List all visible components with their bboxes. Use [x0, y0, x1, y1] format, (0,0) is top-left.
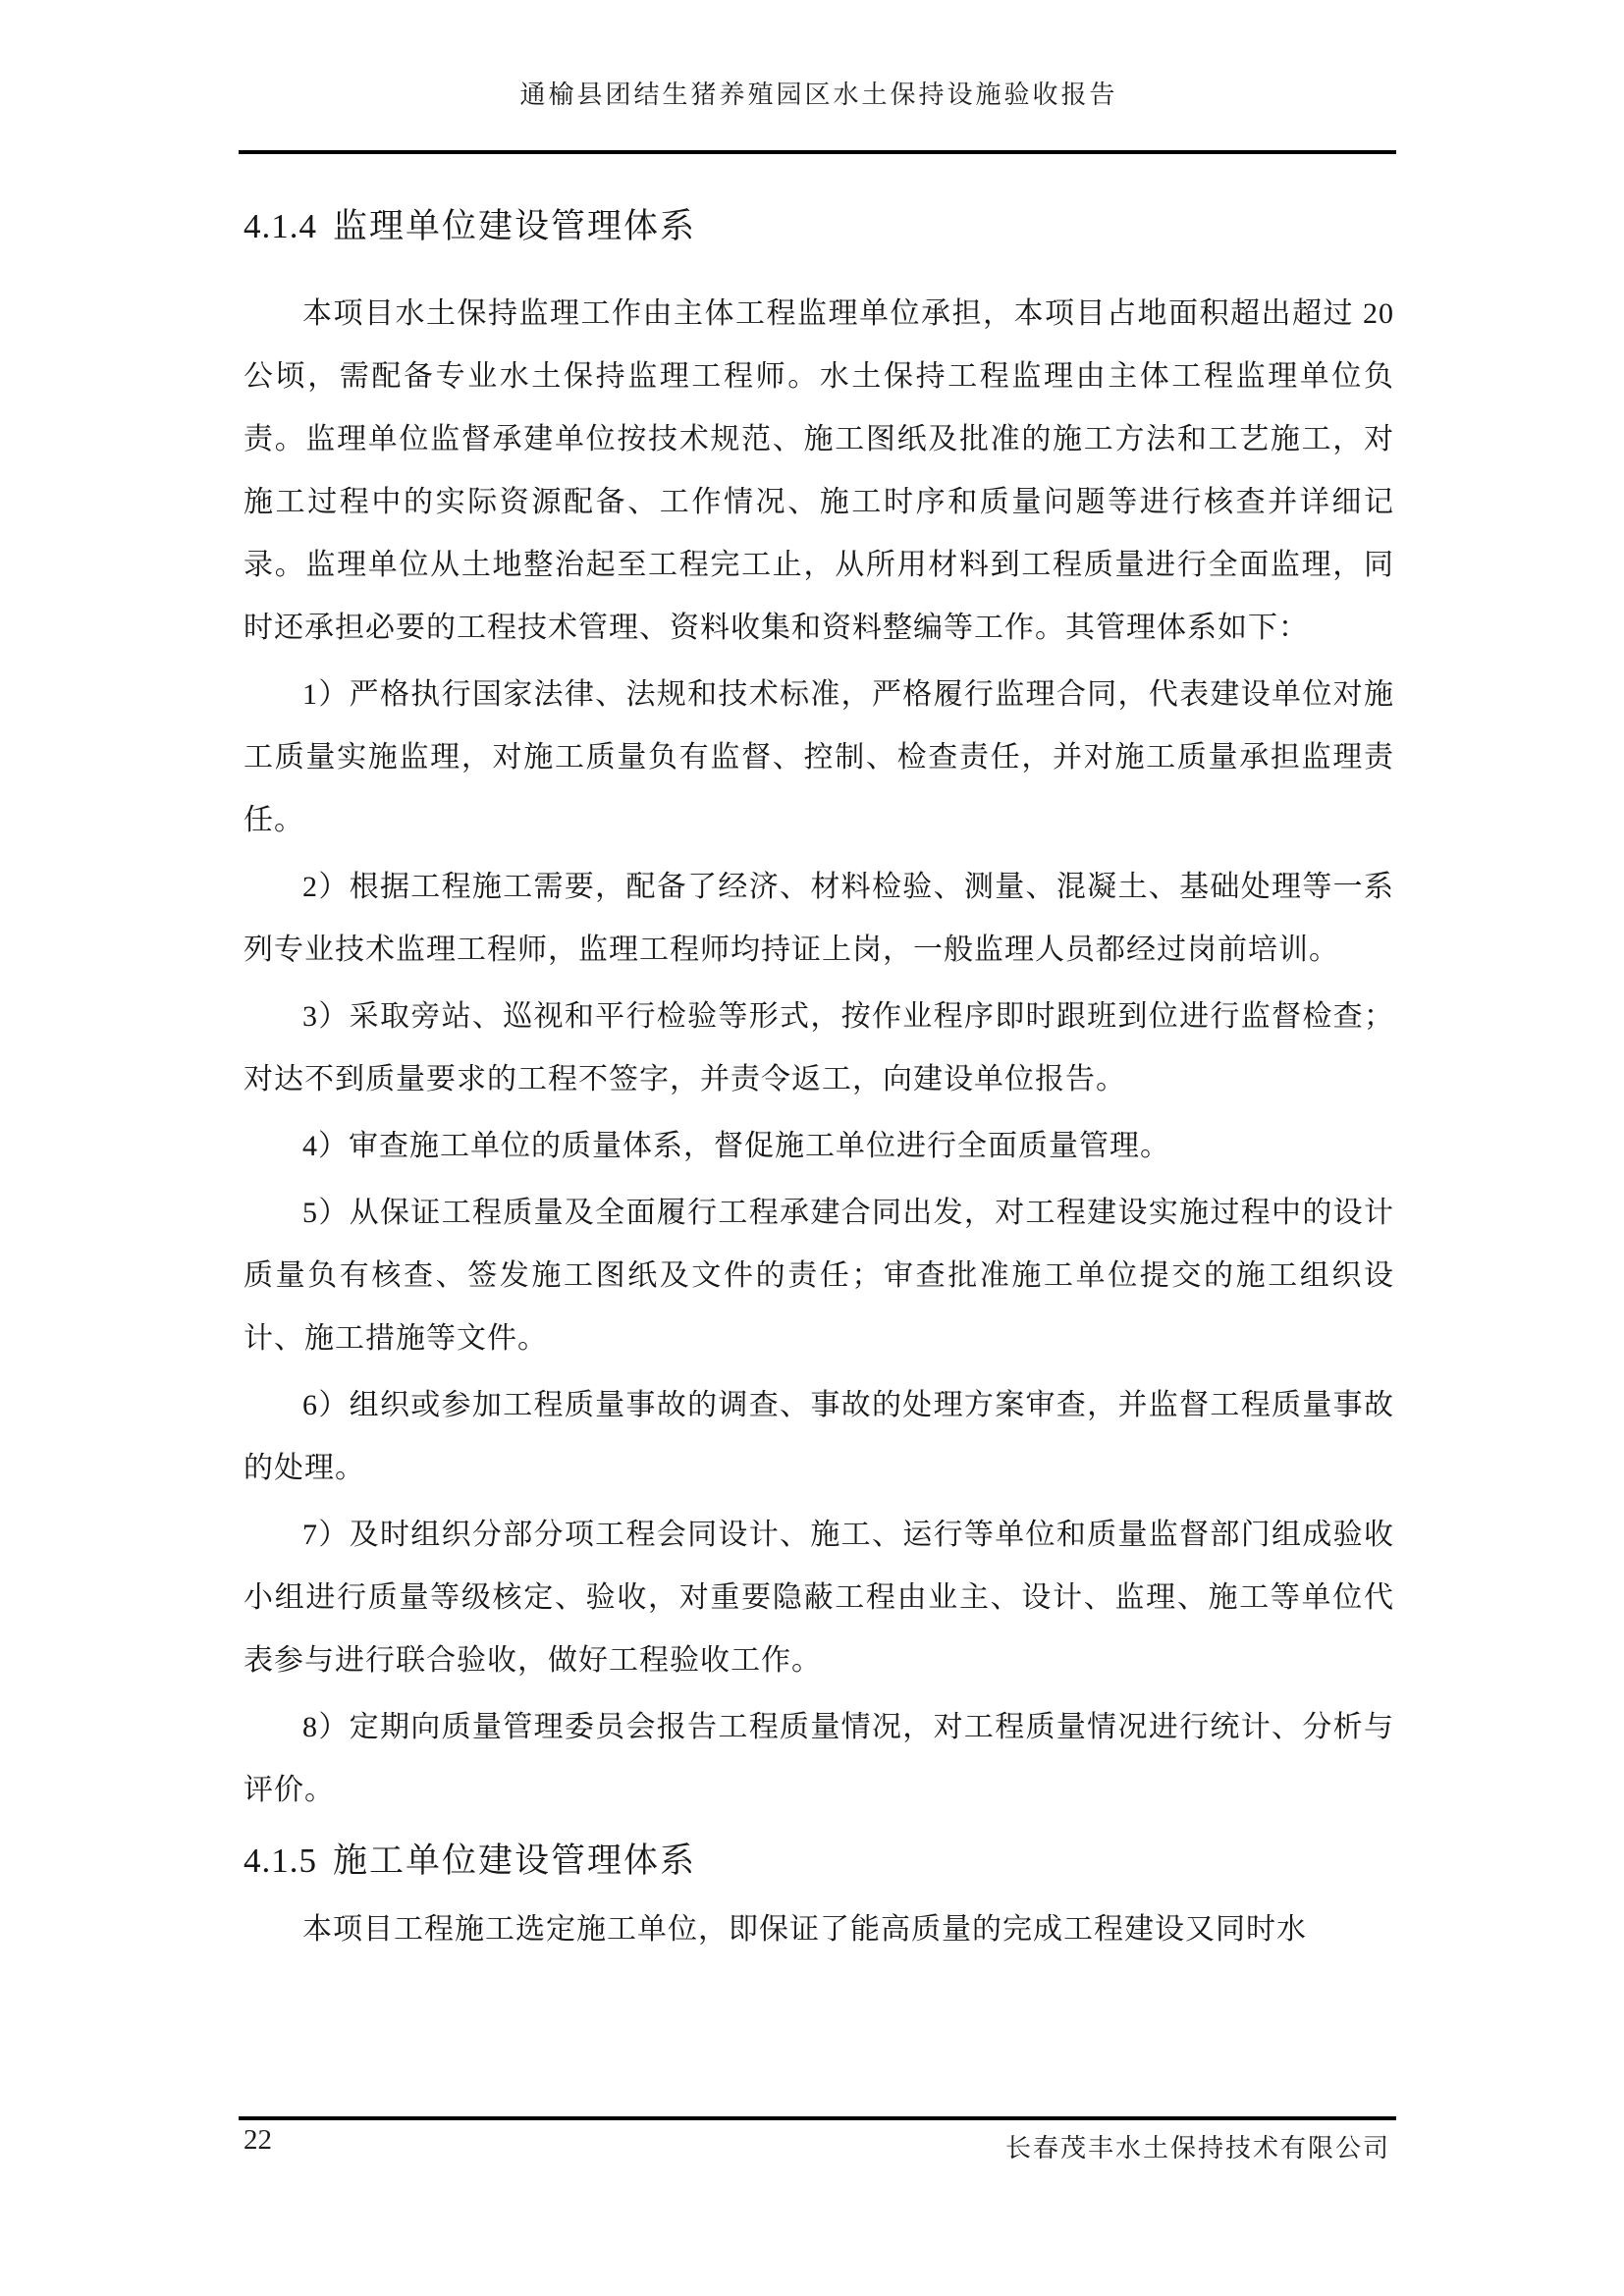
footer-company-name: 长春茂丰水土保持技术有限公司 — [1005, 2128, 1390, 2164]
list-item-4: 4）审查施工单位的质量体系，督促施工单位进行全面质量管理。 — [244, 1115, 1394, 1178]
section-heading-4-1-5: 4.1.5施工单位建设管理体系 — [244, 1836, 1394, 1887]
section-number: 4.1.4 — [244, 207, 317, 245]
section-heading-4-1-4: 4.1.4监理单位建设管理体系 — [244, 201, 1394, 252]
section-title: 监理单位建设管理体系 — [333, 207, 696, 245]
header-rule — [239, 150, 1396, 154]
list-item-6: 6）组织或参加工程质量事故的调查、事故的处理方案审查，并监督工程质量事故的处理。 — [244, 1374, 1394, 1500]
list-item-7: 7）及时组织分部分项工程会同设计、施工、运行等单位和质量监督部门组成验收小组进行… — [244, 1504, 1394, 1692]
list-item-5: 5）从保证工程质量及全面履行工程承建合同出发，对工程建设实施过程中的设计质量负有… — [244, 1182, 1394, 1370]
paragraph-intro: 本项目水土保持监理工作由主体工程监理单位承担，本项目占地面积超出超过 20 公顷… — [244, 283, 1394, 660]
page-header-title: 通榆县团结生猪养殖园区水土保持设施验收报告 — [244, 75, 1394, 111]
document-page: { "colors": { "text": "#161616", "rule":… — [0, 0, 1624, 2296]
section-number: 4.1.5 — [244, 1842, 317, 1880]
list-item-1: 1）严格执行国家法律、法规和技术标准，严格履行监理合同，代表建设单位对施工质量实… — [244, 664, 1394, 852]
list-item-8: 8）定期向质量管理委员会报告工程质量情况，对工程质量情况进行统计、分析与评价。 — [244, 1696, 1394, 1822]
section-title: 施工单位建设管理体系 — [333, 1842, 696, 1880]
page-content: 4.1.4监理单位建设管理体系 本项目水土保持监理工作由主体工程监理单位承担，本… — [244, 201, 1394, 1961]
list-item-3: 3）采取旁站、巡视和平行检验等形式，按作业程序即时跟班到位进行监督检查；对达不到… — [244, 986, 1394, 1111]
list-item-2: 2）根据工程施工需要，配备了经济、材料检验、测量、混凝土、基础处理等一系列专业技… — [244, 856, 1394, 982]
footer-page-number: 22 — [244, 2124, 272, 2157]
paragraph-construction-intro: 本项目工程施工选定施工单位，即保证了能高质量的完成工程建设又同时水 — [244, 1898, 1394, 1961]
footer-rule — [239, 2116, 1396, 2120]
